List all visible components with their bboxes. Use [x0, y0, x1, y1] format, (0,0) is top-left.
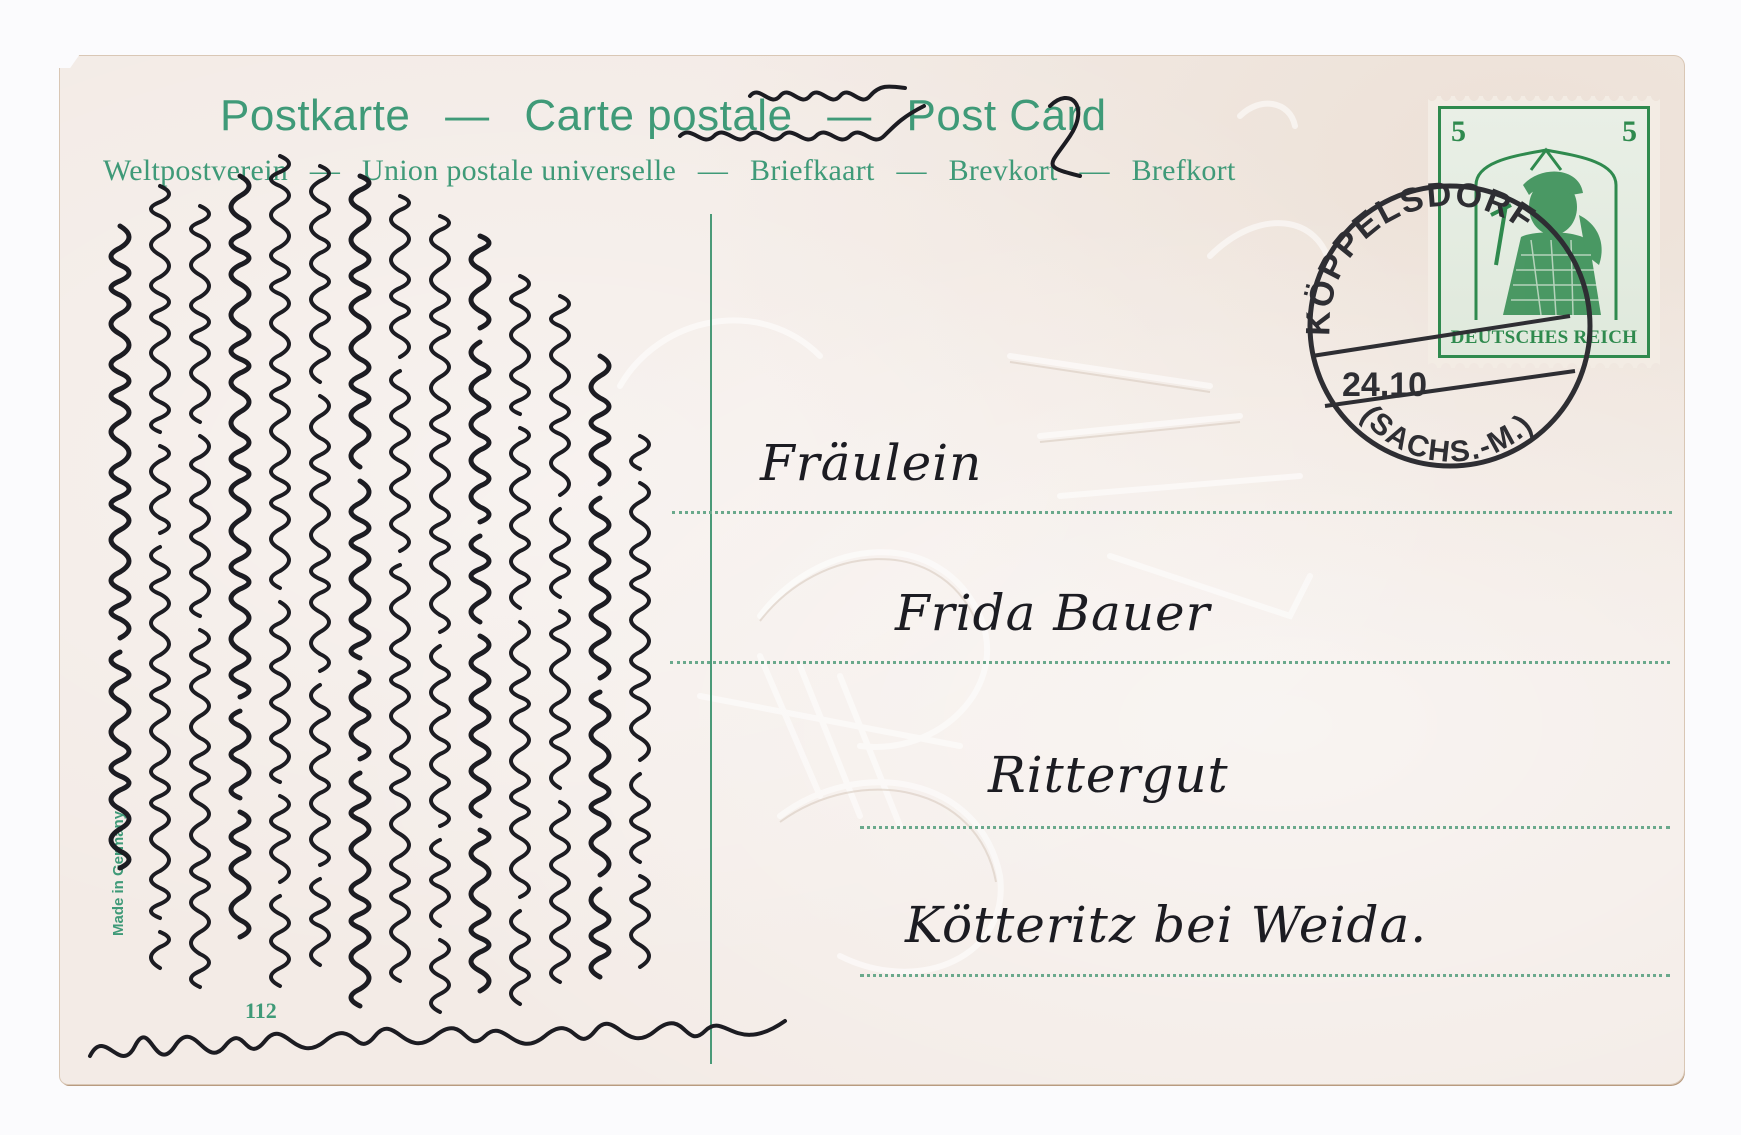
title-german: Postkarte: [220, 91, 410, 140]
printer-note: Made in Germany: [110, 811, 127, 936]
stamp-value-right: 5: [1622, 115, 1637, 149]
title-english: Post Card: [907, 91, 1107, 140]
postage-stamp: 5 5 DEUTSCHES REICH: [1428, 96, 1660, 368]
address-estate: Rittergut: [988, 746, 1229, 804]
postmark-region: (SACHS.-M.): [1354, 399, 1539, 469]
postcard: Postkarte — Carte postale — Post Card We…: [60, 56, 1684, 1084]
address-name: Frida Bauer: [895, 584, 1211, 642]
postcard-title: Postkarte — Carte postale — Post Card: [220, 91, 1129, 141]
postmark-date: 24.10: [1342, 366, 1427, 404]
title-dash-1: —: [445, 91, 490, 140]
subtitle-briefkaart: Briefkaart: [750, 154, 875, 187]
germania-portrait-icon: [1461, 145, 1631, 325]
message-address-divider: [710, 214, 712, 1064]
subtitle-dash-4: —: [1079, 154, 1109, 187]
subtitle-dash-2: —: [698, 154, 728, 187]
subtitle-dash-3: —: [896, 154, 926, 187]
address-line-1: [672, 511, 1672, 514]
subtitle-weltpostverein: Weltpostverein: [103, 154, 288, 187]
title-french: Carte postale: [524, 91, 792, 140]
subtitle-brevkort: Brevkort: [949, 154, 1058, 187]
address-line-4: [860, 974, 1670, 977]
subtitle-union-postale: Union postale universelle: [362, 154, 676, 187]
subtitle-dash-1: —: [310, 154, 340, 187]
svg-text:(SACHS.-M.): (SACHS.-M.): [1354, 399, 1539, 469]
address-line-3: [860, 826, 1670, 829]
stamp-caption: DEUTSCHES REICH: [1441, 327, 1647, 349]
address-town: Kötteritz bei Weida.: [905, 896, 1427, 954]
stamp-value-left: 5: [1451, 115, 1466, 149]
postcard-subtitle: Weltpostverein — Union postale universel…: [103, 154, 1250, 188]
title-dash-2: —: [827, 91, 872, 140]
subtitle-brefkort: Brefkort: [1132, 154, 1236, 187]
address-salutation: Fräulein: [760, 434, 982, 492]
address-line-2: [670, 661, 1670, 664]
stamp-frame: 5 5 DEUTSCHES REICH: [1438, 106, 1650, 358]
